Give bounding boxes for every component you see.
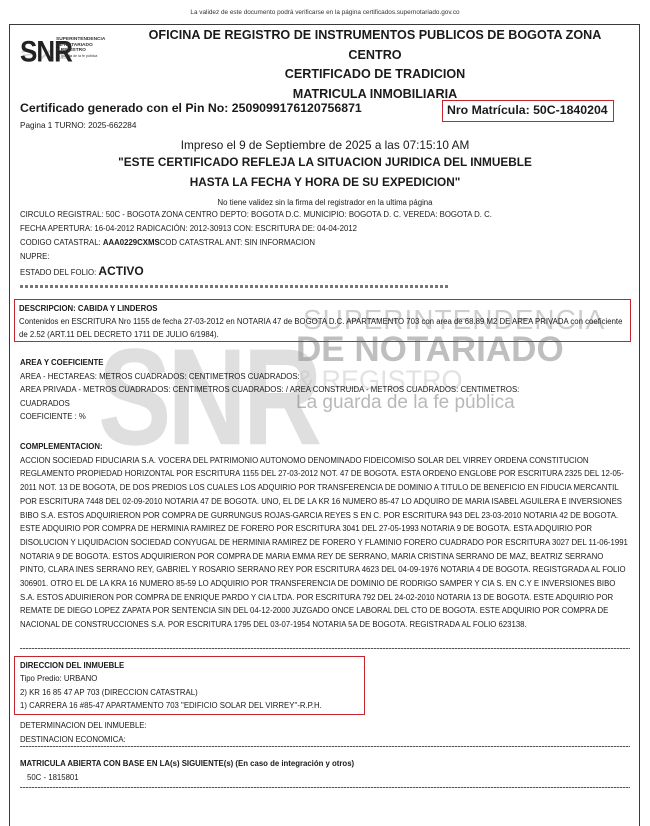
matricula-abierta-section: MATRICULA ABIERTA CON BASE EN LA(s) SIGU… <box>20 757 354 785</box>
certificate-statement: HASTA LA FECHA Y HORA DE SU EXPEDICION" <box>0 175 650 189</box>
estado-folio: ESTADO DEL FOLIO: ACTIVO <box>20 264 144 278</box>
destinacion-label: DESTINACION ECONOMICA: <box>20 733 147 747</box>
estado-label: ESTADO DEL FOLIO: <box>20 268 98 277</box>
document-title: OFICINA DE REGISTRO DE INSTRUMENTOS PUBL… <box>110 26 640 104</box>
direccion-line: 1) CARRERA 16 #85-47 APARTAMENTO 703 "ED… <box>20 699 359 712</box>
complementacion-text: ACCION SOCIEDAD FIDUCIARIA S.A. VOCERA D… <box>20 454 630 632</box>
validity-disclaimer: No tiene validez sin la firma del regist… <box>0 198 650 207</box>
title-line: OFICINA DE REGISTRO DE INSTRUMENTOS PUBL… <box>110 26 640 46</box>
codigo-catastral-value: AAA0229CXMS <box>103 238 160 247</box>
descripcion-text: Contenidos en ESCRITURA Nro 1155 de fech… <box>19 315 626 341</box>
snr-logo: SNR SNR SUPERINTENDENCIA DE NOTARIADO & … <box>18 34 98 74</box>
area-line: COEFICIENTE : % <box>20 410 630 424</box>
estado-value: ACTIVO <box>98 264 143 278</box>
pin-number: Certificado generado con el Pin No: 2509… <box>20 101 362 115</box>
separator-rule <box>20 285 448 288</box>
area-line: AREA - HECTAREAS: METROS CUADRADOS: CENT… <box>20 370 630 384</box>
page-turno: Pagina 1 TURNO: 2025-662284 <box>20 121 136 130</box>
direccion-line: 2) KR 16 85 47 AP 703 (DIRECCION CATASTR… <box>20 686 359 699</box>
tipo-predio: Tipo Predio: URBANO <box>20 672 359 685</box>
complementacion-section: COMPLEMENTACION: ACCION SOCIEDAD FIDUCIA… <box>20 440 630 632</box>
area-coeficiente-section: AREA Y COEFICIENTE AREA - HECTAREAS: MET… <box>20 356 630 424</box>
separator-rule <box>20 787 630 788</box>
area-title: AREA Y COEFICIENTE <box>20 356 630 370</box>
codigo-catastral-label: CODIGO CATASTRAL: <box>20 238 103 247</box>
descripcion-title: DESCRIPCION: CABIDA Y LINDEROS <box>19 302 626 315</box>
area-line: CUADRADOS <box>20 397 630 411</box>
matricula-number-highlight: Nro Matrícula: 50C-1840204 <box>442 100 614 122</box>
descripcion-section-highlight: DESCRIPCION: CABIDA Y LINDEROS Contenido… <box>14 299 631 342</box>
direccion-title: DIRECCION DEL INMUEBLE <box>20 659 359 672</box>
fecha-apertura: FECHA APERTURA: 16-04-2012 RADICACIÓN: 2… <box>20 224 357 233</box>
area-line: AREA PRIVADA - METROS CUADRADOS: CENTIME… <box>20 383 630 397</box>
determinacion-section: DETERMINACION DEL INMUEBLE: DESTINACION … <box>20 719 147 747</box>
complementacion-title: COMPLEMENTACION: <box>20 440 630 454</box>
separator-rule <box>20 746 630 747</box>
logo-subtitle: SUPERINTENDENCIA DE NOTARIADO & REGISTRO… <box>56 37 105 59</box>
validity-notice: La validez de este documento podrá verif… <box>0 9 650 16</box>
logo-sub-line: SUPERINTENDENCIA <box>56 37 105 43</box>
circulo-registral: CIRCULO REGISTRAL: 50C - BOGOTA ZONA CEN… <box>20 210 492 219</box>
codigo-catastral: CODIGO CATASTRAL: AAA0229CXMSCOD CATASTR… <box>20 238 315 247</box>
certificate-statement: "ESTE CERTIFICADO REFLEJA LA SITUACION J… <box>0 155 650 169</box>
determinacion-label: DETERMINACION DEL INMUEBLE: <box>20 719 147 733</box>
separator-rule <box>20 648 630 649</box>
logo-tagline: La guarda de la fe pública <box>56 54 105 60</box>
codigo-catastral-ant: COD CATASTRAL ANT: SIN INFORMACION <box>160 238 315 247</box>
title-line: CENTRO <box>110 46 640 66</box>
print-timestamp: Impreso el 9 de Septiembre de 2025 a las… <box>0 138 650 152</box>
title-line: CERTIFICADO DE TRADICION <box>110 65 640 85</box>
nupre: NUPRE: <box>20 252 49 261</box>
direccion-section-highlight: DIRECCION DEL INMUEBLE Tipo Predio: URBA… <box>14 656 365 715</box>
matricula-abierta-title: MATRICULA ABIERTA CON BASE EN LA(s) SIGU… <box>20 757 354 771</box>
matricula-abierta-value: 50C - 1815801 <box>20 771 354 785</box>
